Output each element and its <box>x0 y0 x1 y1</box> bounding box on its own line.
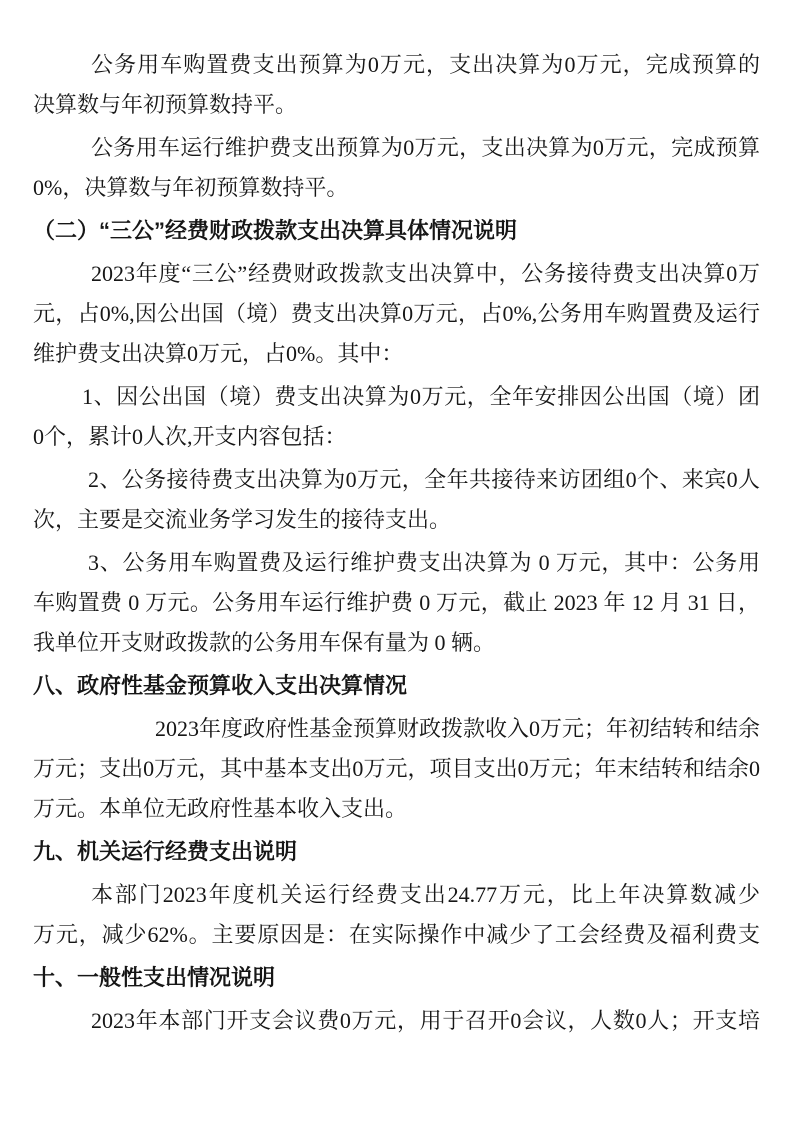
text-line: 1、因公出国（境）费支出决算为0万元，全年安排因公出国（境）团组 <box>33 377 760 417</box>
text-line: 八、政府性基金预算收入支出决算情况 <box>33 666 760 706</box>
paragraph: 2、公务接待费支出决算为0万元，全年共接待来访团组0个、来宾0人次，主要是交流业… <box>33 460 760 540</box>
text-line: 0%，决算数与年初预算数持平。 <box>33 168 760 208</box>
paragraph: 本部门2023年度机关运行经费支出24.77万元，比上年决算数减少41.53万元… <box>33 875 760 955</box>
text-line: 2023年本部门开支会议费0万元，用于召开0会议，人数0人；开支培训 <box>33 1001 760 1041</box>
text-line: 2、公务接待费支出决算为0万元，全年共接待来访团组0个、来宾0人 <box>33 460 760 500</box>
text-line: 万元，减少62%。主要原因是：在实际操作中减少了工会经费及福利费支出。 <box>33 915 760 955</box>
paragraph: 3、公务用车购置费及运行维护费支出决算为 0 万元，其中：公务用车购置费 0 万… <box>33 543 760 663</box>
text-line: 0个，累计0人次,开支内容包括： <box>33 417 760 457</box>
text-line: 决算数与年初预算数持平。 <box>33 85 760 125</box>
section-heading: 十、一般性支出情况说明 <box>33 958 760 998</box>
section-heading: 八、政府性基金预算收入支出决算情况 <box>33 666 760 706</box>
text-line: 十、一般性支出情况说明 <box>33 958 760 998</box>
text-line: （二）“三公”经费财政拨款支出决算具体情况说明 <box>33 211 760 251</box>
text-line: 万元。本单位无政府性基本收入支出。 <box>33 789 760 829</box>
paragraph: 2023年度“三公”经费财政拨款支出决算中，公务接待费支出决算0万元，占0%,因… <box>33 254 760 374</box>
text-line: 公务用车购置费支出预算为0万元，支出决算为0万元，完成预算的0%, <box>33 45 760 85</box>
paragraph: 2023年度政府性基金预算财政拨款收入0万元；年初结转和结余0万元；支出0万元，… <box>33 709 760 829</box>
text-line: 2023年度“三公”经费财政拨款支出决算中，公务接待费支出决算0万 <box>33 254 760 294</box>
document-content: 公务用车购置费支出预算为0万元，支出决算为0万元，完成预算的0%,决算数与年初预… <box>0 0 793 1041</box>
text-line: 九、机关运行经费支出说明 <box>33 832 760 872</box>
paragraph: 1、因公出国（境）费支出决算为0万元，全年安排因公出国（境）团组0个，累计0人次… <box>33 377 760 457</box>
text-line: 我单位开支财政拨款的公务用车保有量为 0 辆。 <box>33 623 760 663</box>
paragraph: 公务用车购置费支出预算为0万元，支出决算为0万元，完成预算的0%,决算数与年初预… <box>33 45 760 125</box>
document-page: 公务用车购置费支出预算为0万元，支出决算为0万元，完成预算的0%,决算数与年初预… <box>0 0 793 1122</box>
paragraph: 公务用车运行维护费支出预算为0万元，支出决算为0万元，完成预算的0%，决算数与年… <box>33 128 760 208</box>
text-line: 次，主要是交流业务学习发生的接待支出。 <box>33 500 760 540</box>
section-heading: 九、机关运行经费支出说明 <box>33 832 760 872</box>
text-line: 3、公务用车购置费及运行维护费支出决算为 0 万元，其中：公务用 <box>33 543 760 583</box>
text-line: 车购置费 0 万元。公务用车运行维护费 0 万元，截止 2023 年 12 月 … <box>33 583 760 623</box>
text-line: 万元；支出0万元，其中基本支出0万元，项目支出0万元；年末结转和结余0 <box>33 749 760 789</box>
text-line: 维护费支出决算0万元，占0%。其中： <box>33 334 760 374</box>
text-line: 元，占0%,因公出国（境）费支出决算0万元，占0%,公务用车购置费及运行 <box>33 294 760 334</box>
text-line: 本部门2023年度机关运行经费支出24.77万元，比上年决算数减少41.53 <box>33 875 760 915</box>
paragraph: 2023年本部门开支会议费0万元，用于召开0会议，人数0人；开支培训 <box>33 1001 760 1041</box>
text-line: 公务用车运行维护费支出预算为0万元，支出决算为0万元，完成预算的 <box>33 128 760 168</box>
text-line: 2023年度政府性基金预算财政拨款收入0万元；年初结转和结余0 <box>33 709 760 749</box>
section-heading: （二）“三公”经费财政拨款支出决算具体情况说明 <box>33 211 760 251</box>
